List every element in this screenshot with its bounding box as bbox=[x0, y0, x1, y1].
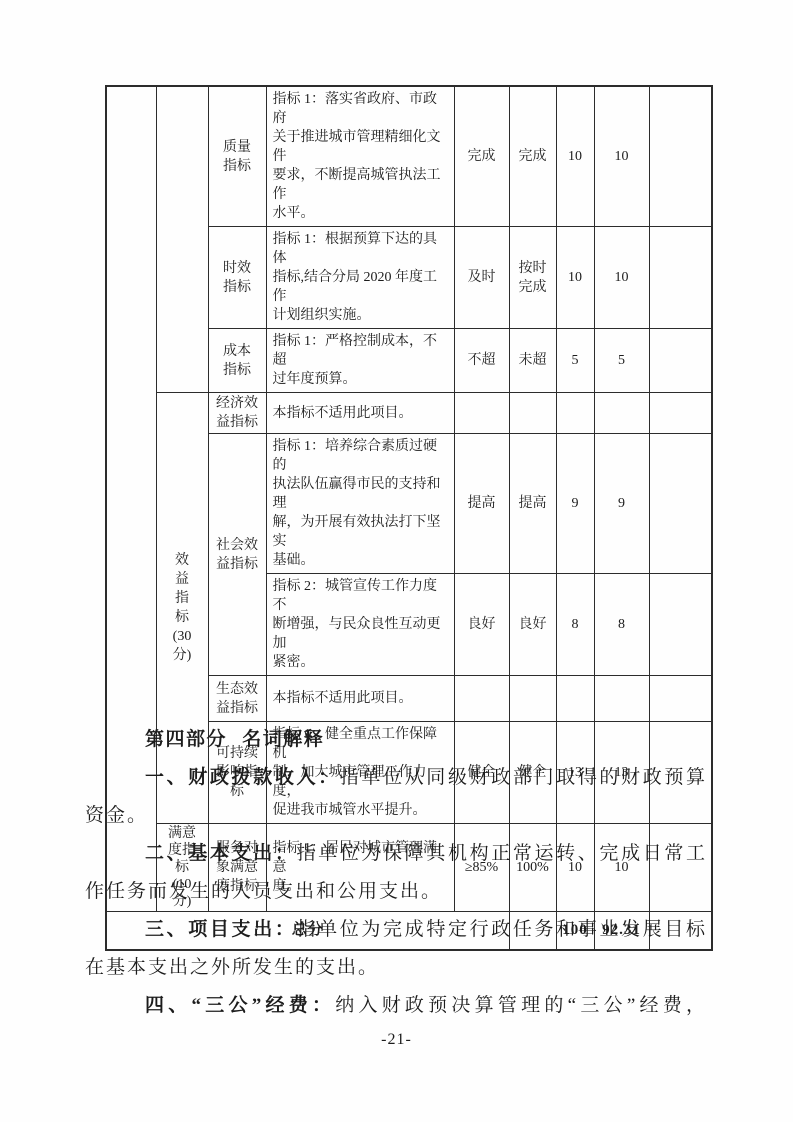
cell-subcategory: 经济效 益指标 bbox=[208, 393, 266, 434]
cell-score bbox=[594, 676, 649, 722]
cell-category-continued bbox=[156, 86, 208, 393]
cell-actual-value: 良好 bbox=[509, 574, 556, 676]
definition-term: 四、“三公”经费： bbox=[145, 995, 335, 1016]
definition-text: 纳入财政预决算管理的“三公”经费， bbox=[335, 995, 707, 1016]
cell-remark bbox=[649, 676, 712, 722]
definition-term: 三、项目支出： bbox=[145, 919, 296, 940]
definition-continuation-line: 资金。 bbox=[85, 797, 707, 835]
cell-indicator-description: 指标 1：落实省政府、市政府 关于推进城市管理精细化文件 要求，不断提高城管执法… bbox=[266, 86, 454, 227]
cell-score: 10 bbox=[594, 227, 649, 329]
cell-target-value: 完成 bbox=[454, 86, 509, 227]
cell-actual-value: 完成 bbox=[509, 86, 556, 227]
cell-target-value: 提高 bbox=[454, 434, 509, 574]
cell-score: 10 bbox=[594, 86, 649, 227]
definition-term: 二、基本支出： bbox=[145, 843, 296, 864]
cell-indicator-description: 本指标不适用此项目。 bbox=[266, 393, 454, 434]
definition-term: 一、财政拨款收入： bbox=[145, 767, 340, 788]
cell-subcategory: 成本 指标 bbox=[208, 329, 266, 393]
cell-target-value bbox=[454, 393, 509, 434]
cell-max-score: 8 bbox=[556, 574, 594, 676]
cell-subcategory: 时效 指标 bbox=[208, 227, 266, 329]
definition-first-line: 一、财政拨款收入：指单位从同级财政部门取得的财政预算 bbox=[85, 759, 707, 797]
definition-text: 指单位为完成特定行政任务和事业发展目标 bbox=[296, 919, 707, 940]
cell-score: 9 bbox=[594, 434, 649, 574]
cell-indicator-description: 指标 1：培养综合素质过硬的 执法队伍赢得市民的支持和理 解，为开展有效执法打下… bbox=[266, 434, 454, 574]
cell-subcategory: 社会效 益指标 bbox=[208, 434, 266, 676]
table-row: 效 益 指 标 (30 分) 经济效 益指标 本指标不适用此项目。 bbox=[106, 393, 712, 434]
definition-paragraph: 四、“三公”经费：纳入财政预决算管理的“三公”经费， bbox=[85, 987, 707, 1025]
cell-actual-value: 按时 完成 bbox=[509, 227, 556, 329]
definition-paragraph: 一、财政拨款收入：指单位从同级财政部门取得的财政预算 资金。 bbox=[85, 759, 707, 835]
table-row: 质量 指标 指标 1：落实省政府、市政府 关于推进城市管理精细化文件 要求，不断… bbox=[106, 86, 712, 227]
cell-target-value: 不超 bbox=[454, 329, 509, 393]
cell-actual-value bbox=[509, 393, 556, 434]
page-number: -21- bbox=[0, 1031, 793, 1049]
cell-target-value: 良好 bbox=[454, 574, 509, 676]
definition-paragraph: 三、项目支出：指单位为完成特定行政任务和事业发展目标 在基本支出之外所发生的支出… bbox=[85, 911, 707, 987]
definition-first-line: 二、基本支出：指单位为保障其机构正常运转、完成日常工 bbox=[85, 835, 707, 873]
cell-target-value: 及时 bbox=[454, 227, 509, 329]
definitions-section: 第四部分 名词解释 一、财政拨款收入：指单位从同级财政部门取得的财政预算 资金。… bbox=[85, 721, 707, 1025]
cell-max-score bbox=[556, 676, 594, 722]
section-heading: 第四部分 名词解释 bbox=[85, 721, 707, 759]
cell-remark bbox=[649, 227, 712, 329]
cell-indicator-description: 指标 1：严格控制成本，不超 过年度预算。 bbox=[266, 329, 454, 393]
definition-first-line: 四、“三公”经费：纳入财政预决算管理的“三公”经费， bbox=[85, 987, 707, 1025]
cell-indicator-description: 指标 1：根据预算下达的具体 指标,结合分局 2020 年度工作 计划组织实施。 bbox=[266, 227, 454, 329]
cell-actual-value: 提高 bbox=[509, 434, 556, 574]
definition-paragraph: 二、基本支出：指单位为保障其机构正常运转、完成日常工 作任务而发生的人员支出和公… bbox=[85, 835, 707, 911]
cell-actual-value: 未超 bbox=[509, 329, 556, 393]
definition-text: 指单位从同级财政部门取得的财政预算 bbox=[340, 767, 707, 788]
definition-text: 指单位为保障其机构正常运转、完成日常工 bbox=[296, 843, 707, 864]
cell-score: 5 bbox=[594, 329, 649, 393]
cell-max-score: 9 bbox=[556, 434, 594, 574]
cell-target-value bbox=[454, 676, 509, 722]
document-page: 质量 指标 指标 1：落实省政府、市政府 关于推进城市管理精细化文件 要求，不断… bbox=[0, 0, 793, 1122]
cell-indicator-description: 指标 2：城管宣传工作力度不 断增强，与民众良性互动更加 紧密。 bbox=[266, 574, 454, 676]
cell-score: 8 bbox=[594, 574, 649, 676]
definition-continuation-line: 作任务而发生的人员支出和公用支出。 bbox=[85, 873, 707, 911]
cell-remark bbox=[649, 574, 712, 676]
cell-subcategory: 质量 指标 bbox=[208, 86, 266, 227]
cell-score bbox=[594, 393, 649, 434]
cell-max-score: 10 bbox=[556, 227, 594, 329]
cell-subcategory: 生态效 益指标 bbox=[208, 676, 266, 722]
cell-max-score bbox=[556, 393, 594, 434]
cell-remark bbox=[649, 86, 712, 227]
cell-actual-value bbox=[509, 676, 556, 722]
cell-max-score: 5 bbox=[556, 329, 594, 393]
cell-indicator-description: 本指标不适用此项目。 bbox=[266, 676, 454, 722]
cell-remark bbox=[649, 393, 712, 434]
cell-remark bbox=[649, 329, 712, 393]
cell-max-score: 10 bbox=[556, 86, 594, 227]
definition-first-line: 三、项目支出：指单位为完成特定行政任务和事业发展目标 bbox=[85, 911, 707, 949]
cell-remark bbox=[649, 434, 712, 574]
definition-continuation-line: 在基本支出之外所发生的支出。 bbox=[85, 949, 707, 987]
